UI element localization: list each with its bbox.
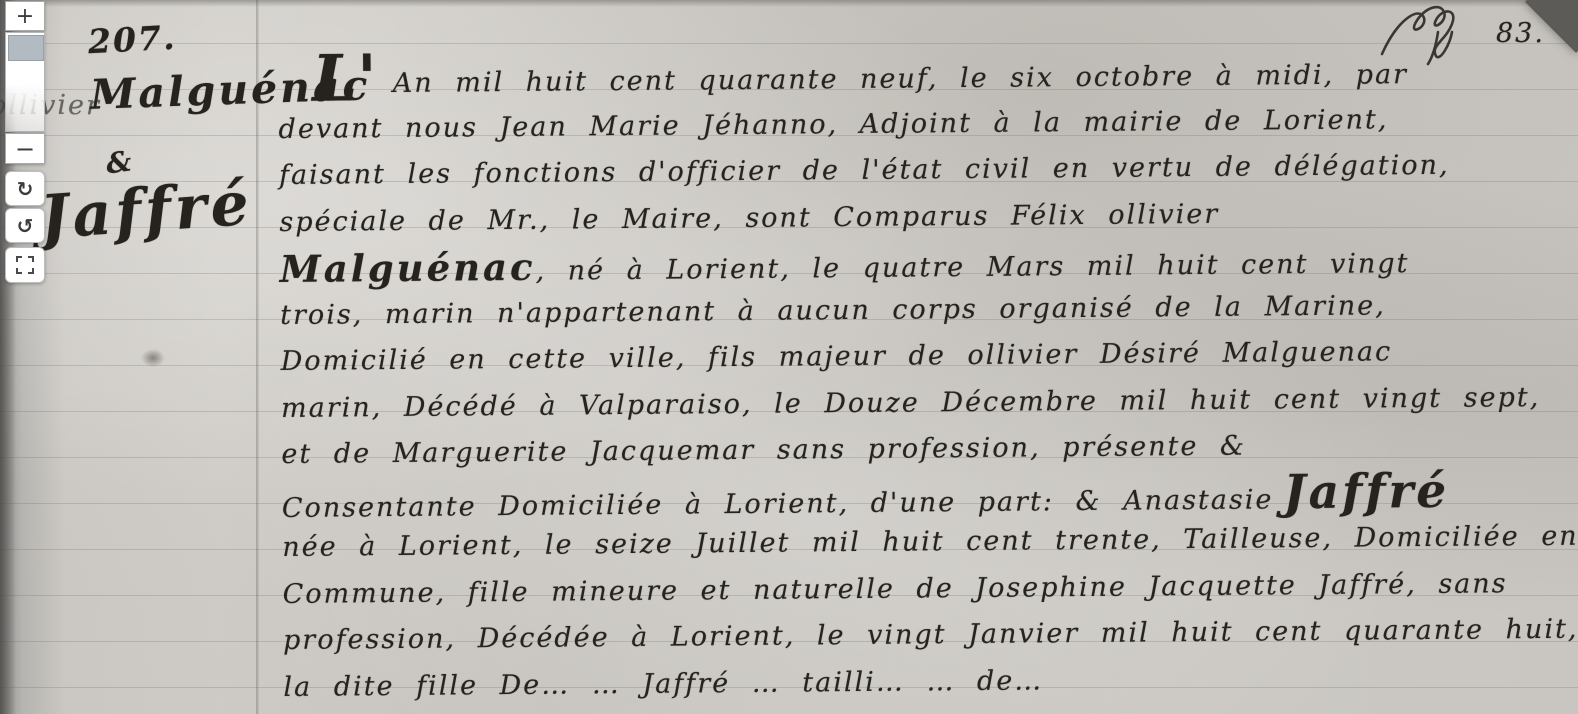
- page-top-edge-shadow: [0, 0, 1578, 7]
- emphasized-name: Malguénac: [280, 245, 536, 291]
- line-text: devant nous Jean Marie Jéhanno, Adjoint …: [278, 104, 1388, 145]
- rotate-counterclockwise-icon: ↺: [17, 214, 34, 238]
- act-number: 207.: [87, 18, 177, 62]
- line-text: trois, marin n'appartenant à aucun corps…: [280, 290, 1386, 331]
- line-text: et de Marguerite Jacquemar sans professi…: [281, 431, 1246, 470]
- margin-ampersand: &: [104, 144, 134, 180]
- page-number: 83.: [1496, 18, 1545, 49]
- manuscript-text-block: L'An mil huit cent quarante neuf, le six…: [278, 49, 1578, 711]
- zoom-out-button[interactable]: −: [5, 133, 45, 164]
- line-text: profession, Décédée à Lorient, le vingt …: [283, 614, 1578, 656]
- zoom-slider-track[interactable]: [5, 32, 45, 132]
- line-text: spéciale de Mr., le Maire, sont Comparus…: [279, 198, 1219, 237]
- emphasized-name: Jaffré: [1283, 463, 1449, 519]
- ink-smudge: [140, 348, 166, 368]
- rotate-clockwise-icon: ↻: [17, 177, 34, 201]
- line-text: faisant les fonctions d'officier de l'ét…: [279, 150, 1450, 191]
- margin-bride-name: Jaffré: [38, 169, 255, 254]
- rotate-counterclockwise-button[interactable]: ↺: [5, 208, 45, 243]
- line-text: An mil huit cent quarante neuf, le six o…: [393, 59, 1408, 99]
- zoom-in-button[interactable]: +: [5, 1, 45, 31]
- line-text: marin, Décédé à Valparaiso, le Douze Déc…: [281, 381, 1540, 423]
- line-text: Commune, fille mineure et naturelle de J…: [283, 568, 1508, 610]
- line-text: Domicilié en cette ville, fils majeur de…: [280, 336, 1392, 377]
- select-region-icon: [16, 256, 34, 274]
- line-text: la dite fille De… … Jaffré … tailli… … d…: [283, 665, 1043, 703]
- zoom-slider-handle[interactable]: [8, 35, 44, 61]
- rotate-clockwise-button[interactable]: ↻: [5, 171, 45, 206]
- select-region-button[interactable]: [5, 247, 45, 283]
- line-text: née à Lorient, le seize Juillet mil huit…: [282, 520, 1578, 563]
- line-text: , né à Lorient, le quatre Mars mil huit …: [535, 248, 1409, 287]
- scanned-record-image[interactable]: ollivier 207. Malguénac & Jaffré 83. L'A…: [0, 0, 1578, 714]
